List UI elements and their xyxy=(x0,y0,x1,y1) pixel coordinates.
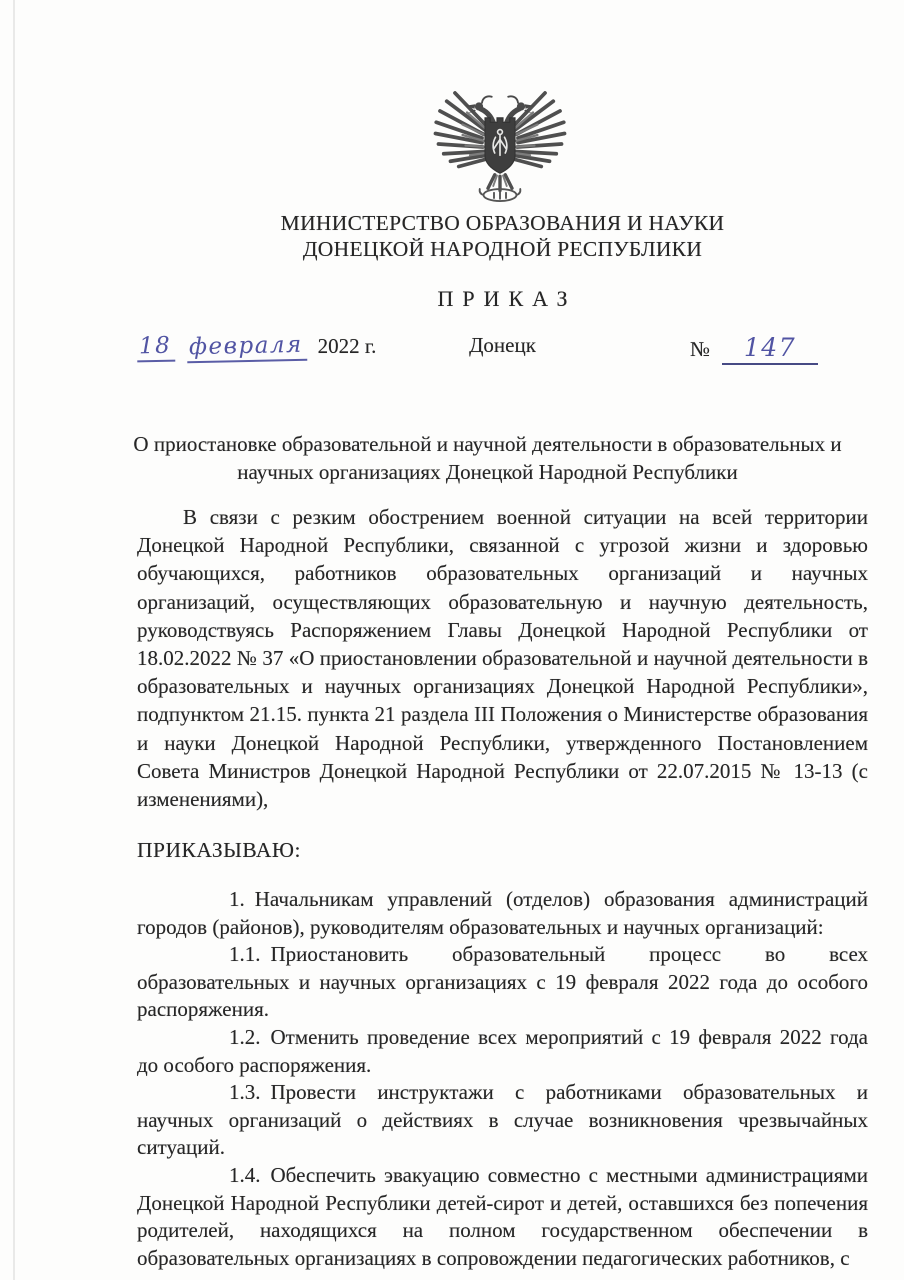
order-word: ПРИКАЗЫВАЮ: xyxy=(137,838,301,863)
ministry-header: МИНИСТЕРСТВО ОБРАЗОВАНИЯ И НАУКИ ДОНЕЦКО… xyxy=(137,210,868,262)
order-item: 1.3.Провести инструктажи с работниками о… xyxy=(137,1079,868,1162)
coat-of-arms-icon xyxy=(425,82,575,206)
number-blank-line: 147 xyxy=(722,333,818,365)
document-number-field: №147 xyxy=(690,333,818,365)
item-number: 1.3. xyxy=(183,1079,261,1107)
order-title: О приостановке образовательной и научной… xyxy=(122,431,853,486)
order-item: 1.4.Обеспечить эвакуацию совместно с мес… xyxy=(137,1162,868,1272)
item-number: 1.4. xyxy=(183,1162,261,1190)
preamble-paragraph: В связи с резким обострением военной сит… xyxy=(137,503,868,813)
item-number: 1.2. xyxy=(183,1024,261,1052)
requisites-row: 18 февраля 2022 г. Донецк №147 xyxy=(137,331,868,371)
order-item: 1.Начальникам управлений (отделов) образ… xyxy=(137,886,868,941)
order-item: 1.2.Отменить проведение всех мероприятий… xyxy=(137,1024,868,1079)
ministry-name-line2: ДОНЕЦКОЙ НАРОДНОЙ РЕСПУБЛИКИ xyxy=(137,236,868,262)
item-number: 1.1. xyxy=(183,941,261,969)
item-text: Начальникам управлений (отделов) образов… xyxy=(137,887,868,939)
ministry-name-line1: МИНИСТЕРСТВО ОБРАЗОВАНИЯ И НАУКИ xyxy=(137,210,868,236)
order-item: 1.1.Приостановить образовательный процес… xyxy=(137,941,868,1024)
order-items: 1.Начальникам управлений (отделов) образ… xyxy=(137,886,868,1272)
number-sign: № xyxy=(690,337,710,361)
handwritten-number: 147 xyxy=(744,333,796,362)
scanned-order-document: МИНИСТЕРСТВО ОБРАЗОВАНИЯ И НАУКИ ДОНЕЦКО… xyxy=(0,0,904,1280)
document-type-heading: ПРИКАЗ xyxy=(137,286,868,312)
item-number: 1. xyxy=(183,886,245,914)
scan-edge-artifact xyxy=(13,0,15,1280)
